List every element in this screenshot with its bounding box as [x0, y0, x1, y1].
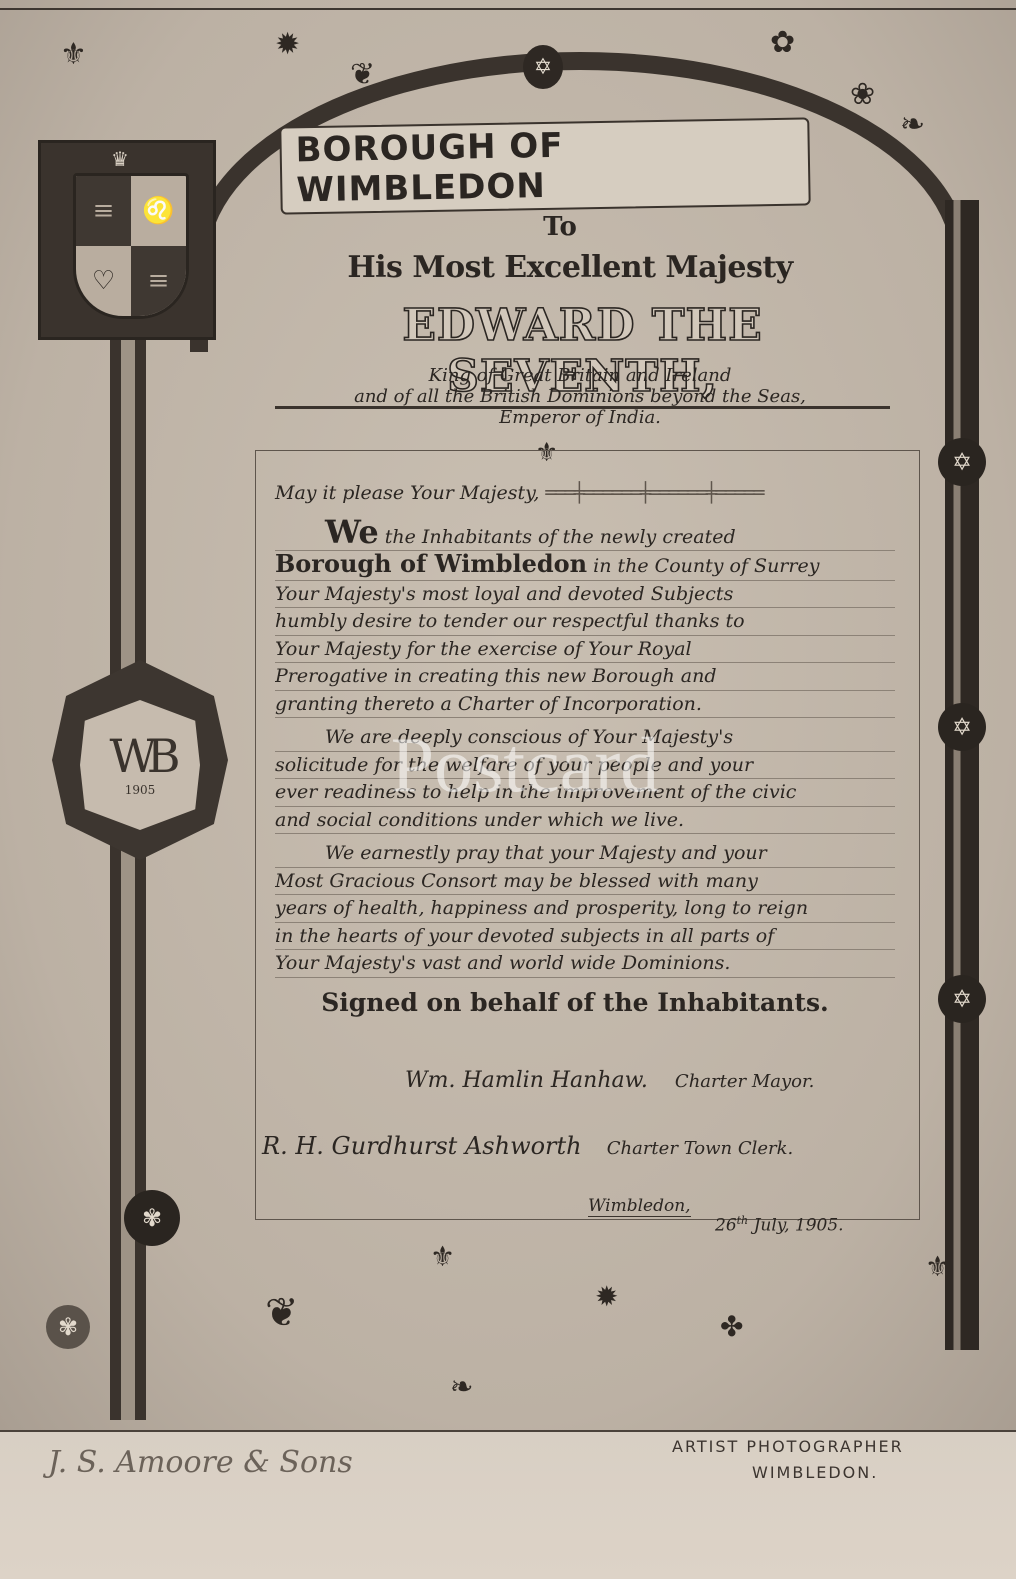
photographer-credit: ARTIST PHOTOGRAPHER WIMBLEDON.	[672, 1434, 1016, 1486]
signing-date: 26th July, 1905.	[715, 1214, 844, 1236]
clerk-signature-row: R. H. Gurdhurst Ashworth Charter Town Cl…	[262, 1132, 793, 1160]
crown-icon: ♛	[111, 147, 129, 171]
paragraph-2: We are deeply conscious of Your Majesty'…	[275, 724, 895, 834]
rule-ornament: ═══╪══════╪══════╪═════	[545, 482, 762, 504]
mayor-signature: Wm. Hamlin Hanhaw.	[405, 1068, 648, 1093]
borough-title: BOROUGH OF WIMBLEDON	[279, 117, 810, 214]
coat-of-arms-panel: ♛ ≡ ♌ ♡ ≡	[38, 140, 216, 340]
signed-on-behalf-line: Signed on behalf of the Inhabitants.	[275, 988, 875, 1017]
tudor-rose-icon: ✾	[124, 1190, 180, 1246]
studio-signature: J. S. Amoore & Sons	[48, 1445, 353, 1480]
rose-ornament-icon: ❀	[850, 80, 875, 110]
lions-quarter-icon: ≡	[131, 246, 186, 316]
right-ornamental-pillar	[945, 200, 979, 1350]
paragraph-3: We earnestly pray that your Majesty and …	[275, 840, 895, 978]
royal-title-line: Emperor of India.	[265, 407, 895, 428]
borough-monogram: WB	[109, 733, 170, 779]
tudor-rose-icon: ✾	[46, 1305, 90, 1349]
mayor-signature-row: Wm. Hamlin Hanhaw. Charter Mayor.	[405, 1068, 814, 1093]
leaf-ornament-icon: ❦	[265, 1290, 299, 1336]
scroll-ornament-icon: ❧	[900, 110, 925, 140]
clerk-role: Charter Town Clerk.	[607, 1138, 794, 1159]
leaf-ornament-icon: ❧	[450, 1370, 473, 1403]
mayor-role: Charter Mayor.	[675, 1071, 814, 1092]
monogram-shield: WB 1905	[80, 700, 200, 830]
paragraph-1: We the Inhabitants of the newly created …	[275, 519, 895, 719]
clerk-signature: R. H. Gurdhurst Ashworth	[262, 1132, 582, 1160]
star-rosette-icon: ✡	[938, 703, 986, 751]
monogram-year: 1905	[125, 783, 156, 797]
star-flower-icon: ✹	[275, 30, 300, 60]
photographer-line-2: WIMBLEDON.	[672, 1460, 1016, 1486]
rose-ornament-icon: ✿	[770, 28, 795, 58]
star-rosette-icon: ✡	[938, 438, 986, 486]
salutation: May it please Your Majesty, ═══╪══════╪═…	[275, 480, 895, 507]
star-medallion-icon: ✡	[523, 45, 563, 89]
royal-titles: King of Great Britain and Ireland and of…	[265, 365, 895, 428]
harp-quarter-icon: ♡	[76, 246, 131, 316]
rampant-lion-quarter-icon: ♌	[131, 176, 186, 246]
left-ornamental-pillar	[110, 340, 146, 1420]
star-rosette-icon: ✡	[938, 975, 986, 1023]
address-body: May it please Your Majesty, ═══╪══════╪═…	[275, 480, 895, 978]
royal-shield-icon: ≡ ♌ ♡ ≡	[73, 173, 189, 319]
royal-title-line: and of all the British Dominions beyond …	[265, 386, 895, 407]
fleur-ornament-icon: ⚜	[60, 40, 87, 70]
borough-name-gothic: Borough of Wimbledon	[275, 551, 587, 578]
to-heading: To	[530, 212, 590, 242]
title-ribbon: BOROUGH OF WIMBLEDON	[280, 130, 810, 210]
lily-ornament-icon: ⚜	[430, 1240, 455, 1273]
addressee-honorific: His Most Excellent Majesty	[250, 250, 890, 285]
royal-title-line: King of Great Britain and Ireland	[265, 365, 895, 386]
drop-cap-we: We	[325, 519, 379, 551]
flower-ornament-icon: ✤	[720, 1310, 743, 1343]
lions-quarter-icon: ≡	[76, 176, 131, 246]
fleur-ornament-icon: ⚜	[925, 1250, 950, 1283]
place-of-signing: Wimbledon,	[588, 1196, 691, 1217]
star-flower-icon: ✹	[595, 1280, 618, 1313]
photographer-line-1: ARTIST PHOTOGRAPHER	[672, 1434, 1016, 1460]
